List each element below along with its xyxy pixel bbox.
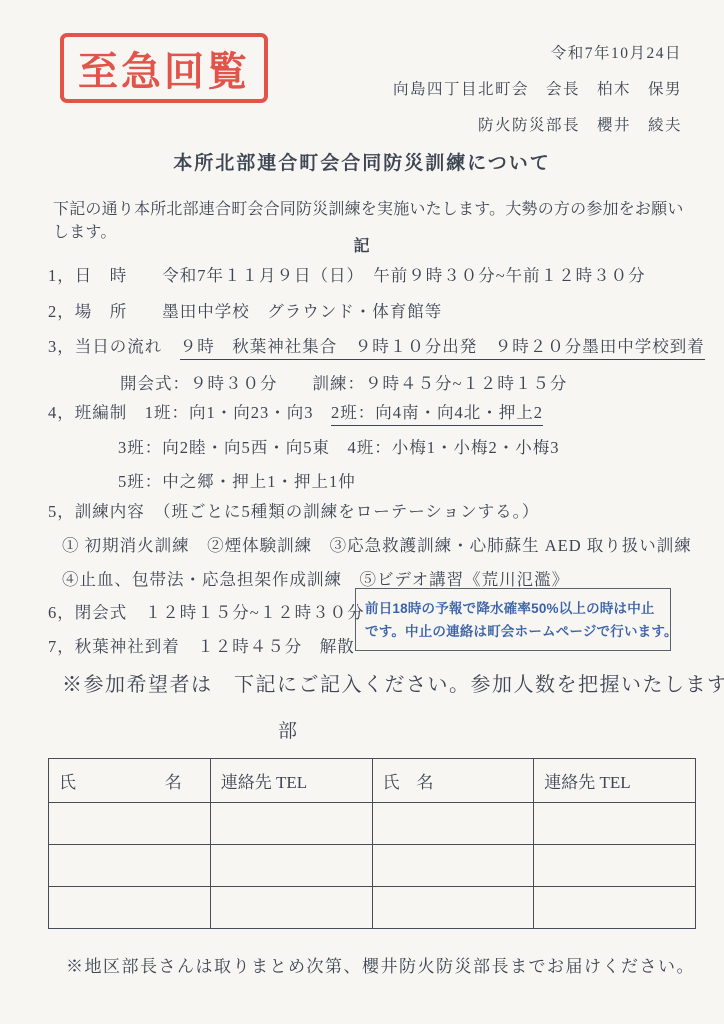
- item-4-label: 4，班編制 1班：向1・向23・向3: [48, 403, 331, 422]
- table-cell-blank: [210, 803, 372, 845]
- table-cell-blank: [534, 845, 696, 887]
- notice-line-2: です。中止の連絡は町会ホームページで行います。: [365, 620, 661, 643]
- item-1-datetime: 1，日 時 令和7年１１月９日（日） 午前９時３０分~午前１２時３０分: [48, 262, 646, 286]
- header-cell-tel-2: 連絡先 TEL: [534, 759, 696, 803]
- table-row: [49, 887, 696, 929]
- item-4-sub-group-5: 5班：中之郷・押上1・押上1仲: [118, 468, 356, 492]
- item-5-sub-trainings-1: ① 初期消火訓練 ②煙体験訓練 ③応急救護訓練・心肺蘇生 AED 取り扱い訓練: [62, 532, 692, 556]
- header-cell-tel-1: 連絡先 TEL: [210, 759, 372, 803]
- urgent-circulation-stamp: 至急回覧: [60, 33, 268, 103]
- item-7-shrine-arrival: 7，秋葉神社到着 １２時４５分 解散: [48, 633, 355, 657]
- name-label-right: 名: [165, 768, 182, 793]
- rain-cancellation-notice-box: 前日18時の予報で降水確率50%以上の時は中止 です。中止の連絡は町会ホームペー…: [355, 588, 671, 651]
- header-cell-name-1: 氏名: [49, 759, 211, 803]
- item-3-schedule: 3，当日の流れ ９時 秋葉神社集合 ９時１０分出発 ９時２０分墨田中学校到着: [48, 333, 705, 357]
- item-3-sub-times: 開会式：９時３０分 訓練：９時４５分~１２時１５分: [120, 370, 567, 394]
- table-cell-blank: [534, 803, 696, 845]
- document-title: 本所北部連合町会合同防災訓練について: [0, 148, 724, 175]
- item-5-sub-trainings-2: ④止血、包帯法・応急担架作成訓練 ⑤ビデオ講習《荒川氾濫》: [62, 566, 569, 590]
- name-label-left: 氏: [59, 768, 76, 793]
- district-chief-submission-note: ※地区部長さんは取りまとめ次第、櫻井防火防災部長までお届けください。: [66, 952, 695, 977]
- item-3-underlined: ９時 秋葉神社集合 ９時１０分出発 ９時２０分墨田中学校到着: [180, 337, 705, 360]
- table-cell-blank: [372, 887, 534, 929]
- table-cell-blank: [49, 803, 211, 845]
- header-cell-name-2: 氏 名: [372, 759, 534, 803]
- table-row: [49, 803, 696, 845]
- table-row: [49, 845, 696, 887]
- stamp-text: 至急回覧: [78, 40, 250, 97]
- document-header-block: 令和7年10月24日 向島四丁目北町会 会長 柏木 保男 防火防災部長 櫻井 綾…: [393, 36, 682, 144]
- item-5-training-content: 5，訓練内容 （班ごとに5種類の訓練をローテーションする。）: [48, 498, 539, 522]
- item-3-label: 3，当日の流れ: [48, 337, 180, 356]
- table-cell-blank: [210, 845, 372, 887]
- scanned-document-page: 至急回覧 令和7年10月24日 向島四丁目北町会 会長 柏木 保男 防火防災部長…: [0, 0, 724, 1024]
- table-header-row: 氏名 連絡先 TEL 氏 名 連絡先 TEL: [49, 759, 696, 803]
- table-cell-blank: [534, 887, 696, 929]
- table-cell-blank: [210, 887, 372, 929]
- table-cell-blank: [49, 887, 211, 929]
- association-chairman-line: 向島四丁目北町会 会長 柏木 保男: [393, 72, 682, 108]
- section-bu-label: 部: [278, 716, 297, 743]
- participant-signup-table: 氏名 連絡先 TEL 氏 名 連絡先 TEL: [48, 758, 696, 929]
- item-4-sub-groups-3-4: 3班：向2睦・向5西・向5東 4班：小梅1・小梅2・小梅3: [118, 434, 560, 458]
- notice-line-1: 前日18時の予報で降水確率50%以上の時は中止: [365, 597, 661, 620]
- item-6-closing-ceremony: 6，閉会式 １２時１５分~１２時３０分: [48, 599, 365, 623]
- item-4-groups: 4，班編制 1班：向1・向23・向3 2班：向4南・向4北・押上2: [48, 399, 543, 423]
- table-cell-blank: [372, 803, 534, 845]
- item-2-place: 2，場 所 墨田中学校 グラウンド・体育館等: [48, 298, 442, 322]
- ki-heading: 記: [0, 233, 724, 256]
- table-cell-blank: [49, 845, 211, 887]
- document-date: 令和7年10月24日: [393, 36, 682, 72]
- fire-prevention-chief-line: 防火防災部長 櫻井 綾夫: [393, 108, 682, 144]
- participation-instruction: ※参加希望者は 下記にご記入ください。参加人数を把握いたします。: [62, 668, 724, 697]
- table-cell-blank: [372, 845, 534, 887]
- item-4-underlined: 2班：向4南・向4北・押上2: [331, 403, 543, 426]
